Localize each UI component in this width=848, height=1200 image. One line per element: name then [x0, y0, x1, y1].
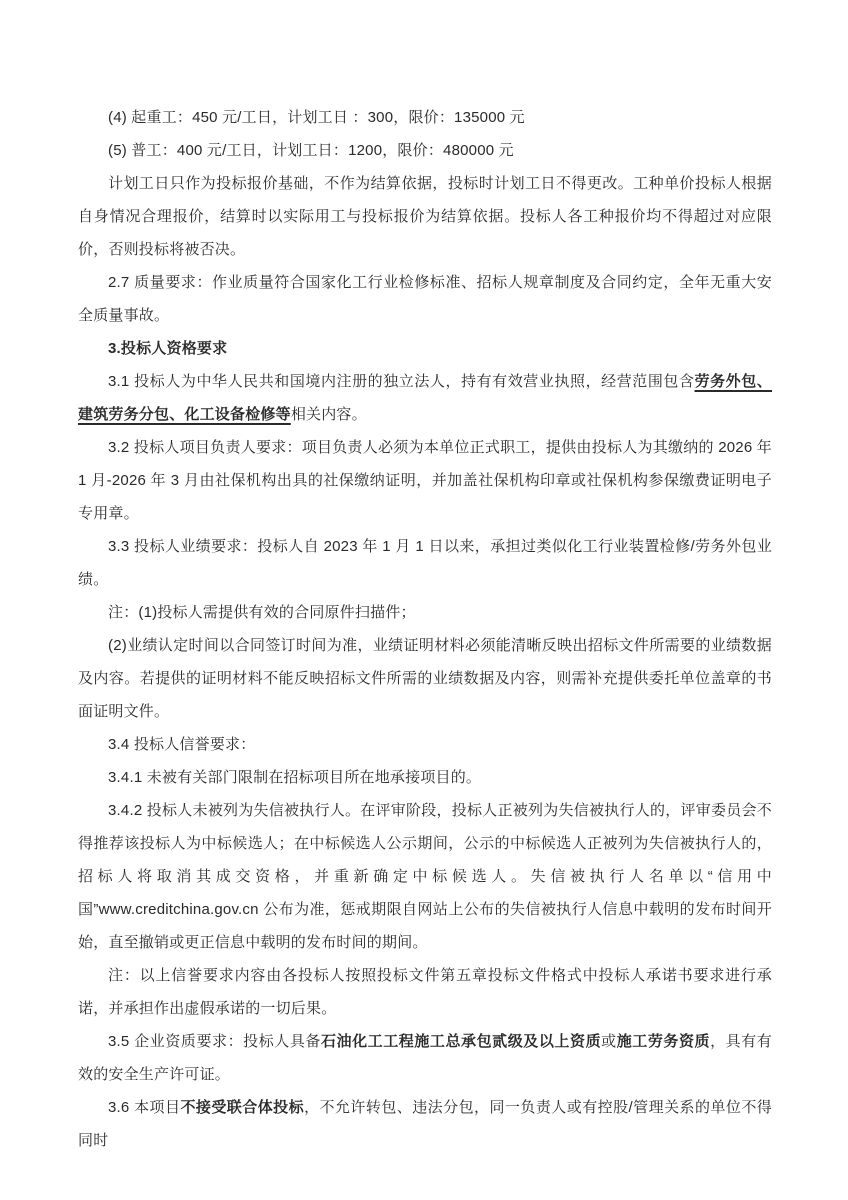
- document-body: (4) 起重工：450 元/工日，计划工日 ：300，限价：135000 元(5…: [78, 101, 772, 1157]
- document-paragraph: 3.1 投标人为中华人民共和国境内注册的独立法人，持有有效营业执照，经营范围包含…: [78, 365, 772, 431]
- document-paragraph: 3.3 投标人业绩要求：投标人自 2023 年 1 月 1 日以来，承担过类似化…: [78, 530, 772, 596]
- text-run: 3.2 投标人项目负责人要求：项目负责人必须为本单位正式职工，提供由投标人为其缴…: [78, 439, 772, 522]
- text-run: 不接受联合体投标: [180, 1099, 304, 1116]
- document-paragraph: 3.2 投标人项目负责人要求：项目负责人必须为本单位正式职工，提供由投标人为其缴…: [78, 431, 772, 530]
- document-paragraph: 计划工日只作为投标报价基础，不作为结算依据，投标时计划工日不得更改。工种单价投标…: [78, 167, 772, 266]
- document-paragraph: (2)业绩认定时间以合同签订时间为准，业绩证明材料必须能清晰反映出招标文件所需要…: [78, 629, 772, 728]
- document-paragraph: 3.4.1 未被有关部门限制在招标项目所在地承接项目的。: [78, 761, 772, 794]
- text-run: (4) 起重工：450 元/工日，计划工日 ：300，限价：135000 元: [108, 109, 525, 126]
- text-run: 3.1 投标人为中华人民共和国境内注册的独立法人，持有有效营业执照，经营范围包含: [108, 373, 695, 390]
- text-run: 3.4.2 投标人未被列为失信被执行人。在评审阶段，投标人正被列为失信被执行人的…: [78, 802, 772, 951]
- text-run: 石油化工工程施工总承包贰级及以上资质: [321, 1033, 601, 1050]
- text-run: 注：(1)投标人需提供有效的合同原件扫描件；: [108, 604, 416, 621]
- text-run: 2.7 质量要求：作业质量符合国家化工行业检修标准、招标人规章制度及合同约定，全…: [78, 274, 772, 324]
- text-run: 3.4.1 未被有关部门限制在招标项目所在地承接项目的。: [108, 769, 481, 786]
- text-run: 3.4 投标人信誉要求：: [108, 736, 255, 753]
- document-paragraph: (5) 普工：400 元/工日，计划工日：1200，限价：480000 元: [78, 134, 772, 167]
- document-page: (4) 起重工：450 元/工日，计划工日 ：300，限价：135000 元(5…: [0, 0, 848, 1200]
- text-run: 相关内容。: [291, 406, 367, 423]
- text-run: 3.投标人资格要求: [108, 340, 227, 357]
- text-run: 注：以上信誉要求内容由各投标人按照投标文件第五章投标文件格式中投标人承诺书要求进…: [78, 967, 772, 1017]
- document-paragraph: 3.4.2 投标人未被列为失信被执行人。在评审阶段，投标人正被列为失信被执行人的…: [78, 794, 772, 959]
- text-run: (2)业绩认定时间以合同签订时间为准，业绩证明材料必须能清晰反映出招标文件所需要…: [78, 637, 772, 720]
- document-paragraph: 3.5 企业资质要求：投标人具备石油化工工程施工总承包贰级及以上资质或施工劳务资…: [78, 1025, 772, 1091]
- document-paragraph: 3.投标人资格要求: [78, 332, 772, 365]
- text-run: (5) 普工：400 元/工日，计划工日：1200，限价：480000 元: [108, 142, 514, 159]
- document-paragraph: 3.4 投标人信誉要求：: [78, 728, 772, 761]
- text-run: 3.6 本项目: [108, 1099, 180, 1116]
- text-run: 施工劳务资质: [617, 1033, 710, 1050]
- document-paragraph: 注：以上信誉要求内容由各投标人按照投标文件第五章投标文件格式中投标人承诺书要求进…: [78, 959, 772, 1025]
- document-paragraph: (4) 起重工：450 元/工日，计划工日 ：300，限价：135000 元: [78, 101, 772, 134]
- document-paragraph: 2.7 质量要求：作业质量符合国家化工行业检修标准、招标人规章制度及合同约定，全…: [78, 266, 772, 332]
- text-run: 计划工日只作为投标报价基础，不作为结算依据，投标时计划工日不得更改。工种单价投标…: [78, 175, 772, 258]
- document-paragraph: 注：(1)投标人需提供有效的合同原件扫描件；: [78, 596, 772, 629]
- text-run: 3.5 企业资质要求：投标人具备: [108, 1033, 321, 1050]
- document-paragraph: 3.6 本项目不接受联合体投标，不允许转包、违法分包，同一负责人或有控股/管理关…: [78, 1091, 772, 1157]
- text-run: 3.3 投标人业绩要求：投标人自 2023 年 1 月 1 日以来，承担过类似化…: [78, 538, 772, 588]
- text-run: 或: [601, 1033, 617, 1050]
